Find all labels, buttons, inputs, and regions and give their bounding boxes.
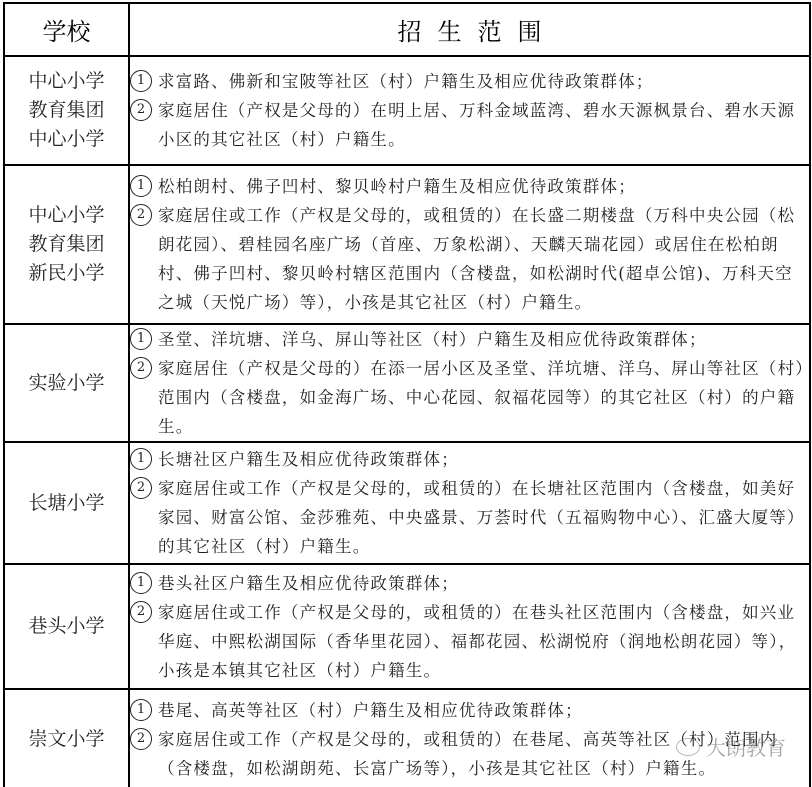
school-name-line: 长塘小学 xyxy=(5,489,128,518)
school-name-line: 实验小学 xyxy=(5,369,128,398)
table-row: 中心小学 教育集团 中心小学 1 求富路、佛新和宝陂等社区（村）户籍生及相应优待… xyxy=(4,56,810,165)
school-name-line: 教育集团 xyxy=(5,230,128,259)
school-name-line: 新民小学 xyxy=(5,259,128,288)
scope-item-text: 家庭居住（产权是父母的）在添一居小区及圣堂、洋坑塘、洋乌、屏山等社区（村）范围内… xyxy=(158,354,809,441)
scope-item-text: 家庭居住或工作（产权是父母的，或租赁的）在长塘社区范围内（含楼盘，如美好家园、财… xyxy=(158,474,809,561)
circled-number-icon: 1 xyxy=(130,175,152,197)
table-header-row: 学校 招生范围 xyxy=(4,3,810,56)
circled-number-icon: 2 xyxy=(130,728,152,750)
circled-number-icon: 2 xyxy=(130,477,152,499)
circled-number-icon: 1 xyxy=(130,699,152,721)
school-name-cell: 巷头小学 xyxy=(4,564,129,689)
scope-item: 2 家庭居住或工作（产权是父母的，或租赁的）在长塘社区范围内（含楼盘，如美好家园… xyxy=(130,474,809,561)
scope-item: 1 长塘社区户籍生及相应优待政策群体； xyxy=(130,445,809,474)
circled-number-icon: 2 xyxy=(130,357,152,379)
header-school: 学校 xyxy=(4,3,129,56)
table-row: 实验小学 1 圣堂、洋坑塘、洋乌、屏山等社区（村）户籍生及相应优待政策群体； 2… xyxy=(4,324,810,442)
school-name-line: 中心小学 xyxy=(5,67,128,96)
scope-item-text: 家庭居住或工作（产权是父母的，或租赁的）在巷头社区范围内（含楼盘，如兴业华庭、中… xyxy=(158,598,809,685)
school-name-line: 巷头小学 xyxy=(5,612,128,641)
school-name-cell: 长塘小学 xyxy=(4,442,129,564)
school-name-line: 教育集团 xyxy=(5,96,128,125)
circled-number-icon: 1 xyxy=(130,328,152,350)
scope-cell: 1 长塘社区户籍生及相应优待政策群体； 2 家庭居住或工作（产权是父母的，或租赁… xyxy=(129,442,810,564)
school-name-cell: 中心小学 教育集团 中心小学 xyxy=(4,56,129,165)
scope-item-text: 家庭居住或工作（产权是父母的，或租赁的）在长盛二期楼盘（万科中央公园（松朗花园）… xyxy=(158,201,809,317)
enrollment-scope-table: 学校 招生范围 中心小学 教育集团 中心小学 1 求富路、佛新和宝陂等社区（村）… xyxy=(3,2,811,787)
school-name-cell: 崇文小学 xyxy=(4,689,129,787)
table-row: 中心小学 教育集团 新民小学 1 松柏朗村、佛子凹村、黎贝岭村户籍生及相应优待政… xyxy=(4,165,810,324)
scope-item-text: 长塘社区户籍生及相应优待政策群体； xyxy=(158,445,809,474)
scope-item: 2 家庭居住或工作（产权是父母的，或租赁的）在长盛二期楼盘（万科中央公园（松朗花… xyxy=(130,201,809,317)
wechat-bubble-icon xyxy=(676,738,700,756)
scope-item-text: 圣堂、洋坑塘、洋乌、屏山等社区（村）户籍生及相应优待政策群体； xyxy=(158,325,809,354)
scope-item: 1 松柏朗村、佛子凹村、黎贝岭村户籍生及相应优待政策群体； xyxy=(130,172,809,201)
table-row: 巷头小学 1 巷头社区户籍生及相应优待政策群体； 2 家庭居住或工作（产权是父母… xyxy=(4,564,810,689)
school-name-cell: 实验小学 xyxy=(4,324,129,442)
header-scope: 招生范围 xyxy=(129,3,810,56)
scope-cell: 1 松柏朗村、佛子凹村、黎贝岭村户籍生及相应优待政策群体； 2 家庭居住或工作（… xyxy=(129,165,810,324)
circled-number-icon: 1 xyxy=(130,448,152,470)
circled-number-icon: 1 xyxy=(130,70,152,92)
scope-item: 2 家庭居住（产权是父母的）在明上居、万科金域蓝湾、碧水天源枫景台、碧水天源小区… xyxy=(130,96,809,154)
circled-number-icon: 2 xyxy=(130,99,152,121)
scope-item-text: 求富路、佛新和宝陂等社区（村）户籍生及相应优待政策群体； xyxy=(158,67,809,96)
school-name-line: 中心小学 xyxy=(5,201,128,230)
scope-item-text: 家庭居住（产权是父母的）在明上居、万科金域蓝湾、碧水天源枫景台、碧水天源小区的其… xyxy=(158,96,809,154)
school-name-cell: 中心小学 教育集团 新民小学 xyxy=(4,165,129,324)
scope-item: 1 巷头社区户籍生及相应优待政策群体； xyxy=(130,569,809,598)
scope-cell: 1 圣堂、洋坑塘、洋乌、屏山等社区（村）户籍生及相应优待政策群体； 2 家庭居住… xyxy=(129,324,810,442)
school-name-line: 中心小学 xyxy=(5,125,128,154)
circled-number-icon: 2 xyxy=(130,601,152,623)
table-row: 长塘小学 1 长塘社区户籍生及相应优待政策群体； 2 家庭居住或工作（产权是父母… xyxy=(4,442,810,564)
scope-item: 1 圣堂、洋坑塘、洋乌、屏山等社区（村）户籍生及相应优待政策群体； xyxy=(130,325,809,354)
watermark-text: 大朗教育 xyxy=(706,732,786,761)
scope-item: 2 家庭居住（产权是父母的）在添一居小区及圣堂、洋坑塘、洋乌、屏山等社区（村）范… xyxy=(130,354,809,441)
scope-item-text: 巷尾、高英等社区（村）户籍生及相应优待政策群体； xyxy=(158,696,809,725)
scope-cell: 1 巷头社区户籍生及相应优待政策群体； 2 家庭居住或工作（产权是父母的，或租赁… xyxy=(129,564,810,689)
scope-item: 1 求富路、佛新和宝陂等社区（村）户籍生及相应优待政策群体； xyxy=(130,67,809,96)
circled-number-icon: 1 xyxy=(130,572,152,594)
scope-item-text: 松柏朗村、佛子凹村、黎贝岭村户籍生及相应优待政策群体； xyxy=(158,172,809,201)
school-name-line: 崇文小学 xyxy=(5,725,128,754)
watermark: 大朗教育 xyxy=(676,732,786,761)
scope-cell: 1 求富路、佛新和宝陂等社区（村）户籍生及相应优待政策群体； 2 家庭居住（产权… xyxy=(129,56,810,165)
scope-item: 1 巷尾、高英等社区（村）户籍生及相应优待政策群体； xyxy=(130,696,809,725)
table-body: 中心小学 教育集团 中心小学 1 求富路、佛新和宝陂等社区（村）户籍生及相应优待… xyxy=(4,56,810,787)
scope-item: 2 家庭居住或工作（产权是父母的，或租赁的）在巷头社区范围内（含楼盘，如兴业华庭… xyxy=(130,598,809,685)
circled-number-icon: 2 xyxy=(130,204,152,226)
scope-item-text: 巷头社区户籍生及相应优待政策群体； xyxy=(158,569,809,598)
